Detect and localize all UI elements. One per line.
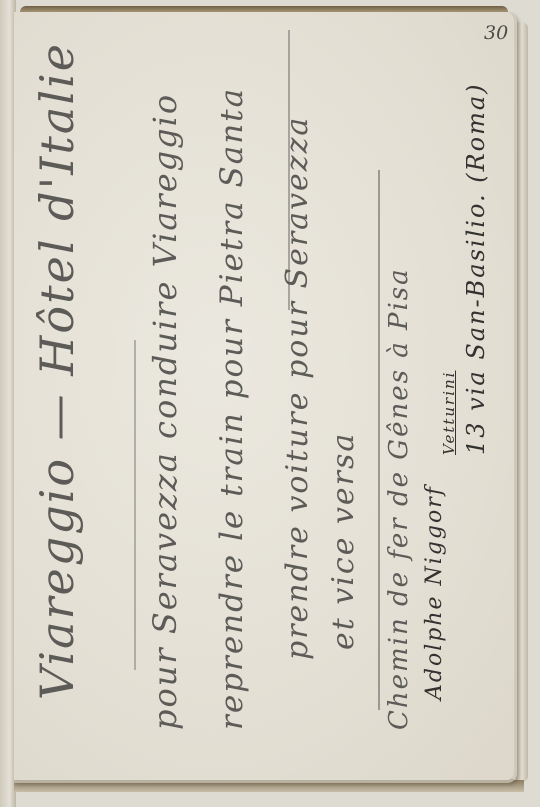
handwritten-line: et vice versa: [326, 432, 361, 650]
page-number: 30: [484, 22, 508, 44]
handwritten-line: Chemin de fer de Gênes à Pisa: [384, 267, 414, 730]
handwritten-line: 13 via San-Basilio. (Roma): [462, 82, 490, 455]
handwritten-rule: [378, 170, 380, 710]
handwritten-line: prendre voiture pour Seravezza: [280, 116, 315, 660]
handwritten-line: pour Seravezza conduire Viareggio: [146, 93, 184, 730]
handwritten-line: reprendre le train pour Pietra Santa: [214, 87, 250, 730]
handwritten-line: Viareggio — Hôtel d'Italie: [30, 42, 84, 700]
handwritten-rule: [134, 340, 136, 670]
handwritten-line: Adolphe Niggorf: [422, 485, 447, 700]
page-stack-edge: [516, 22, 528, 782]
handwritten-line: Vetturini: [440, 371, 458, 455]
